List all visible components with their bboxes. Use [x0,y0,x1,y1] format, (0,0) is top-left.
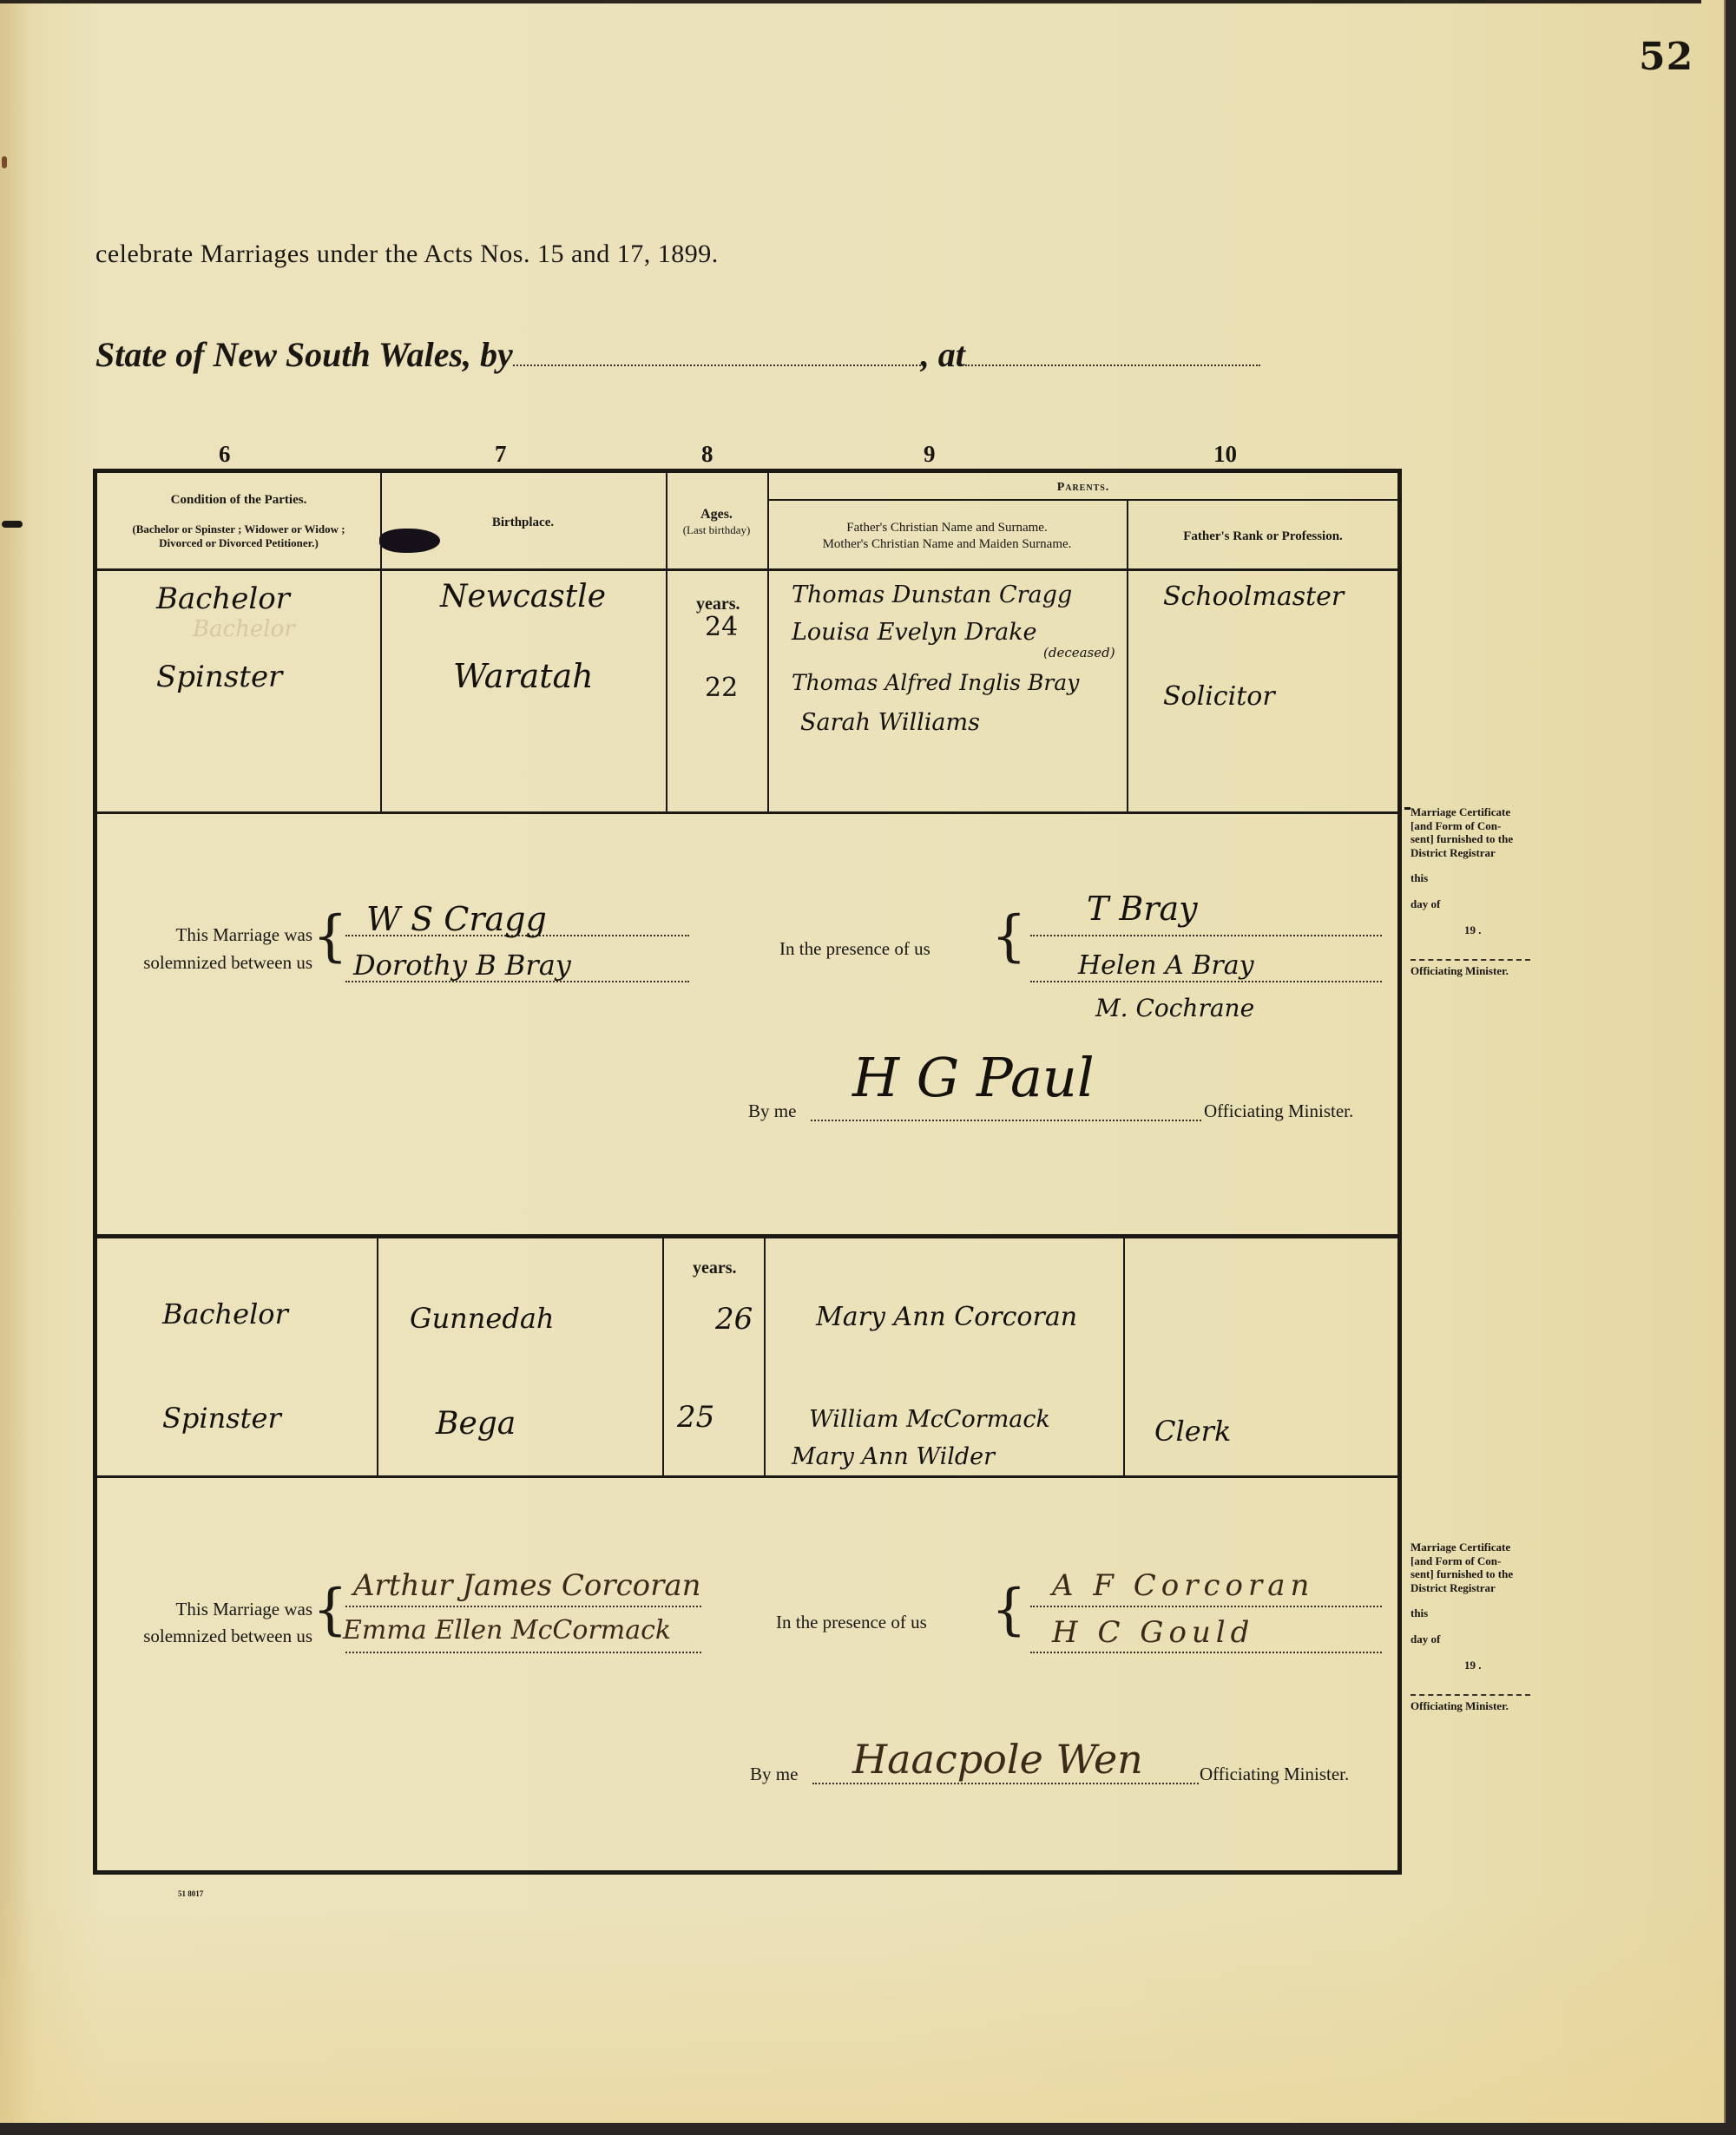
entry-2-bride-signature: Emma Ellen McCormack [343,1615,671,1646]
entry-2-solemnized-label-1: This Marriage was [97,1599,312,1620]
entry-1-solemnized-label-1: This Marriage was [97,924,312,946]
margin-note-line: District Registrar [1410,846,1549,860]
entry-2-witness-2: H C Gould [1052,1615,1254,1650]
margin-note-line: Marriage Certificate [1410,805,1549,819]
entry-2-minister-label: Officiating Minister. [1200,1764,1349,1785]
entry-1-groom-father-profession: Schoolmaster [1163,581,1344,612]
header-ages-title: Ages. [666,506,767,523]
entry-1-groom-signature: W S Cragg [366,900,547,938]
ink-blot [379,529,440,553]
entry-1-witness-line-1 [1030,935,1382,936]
page-number: 52 [1639,35,1693,79]
margin-note-line: sent] furnished to the [1410,1567,1549,1581]
scanner-bottom-edge [0,2123,1736,2135]
entry-1-party-brace: { [312,909,348,964]
marriage-register-table: Condition of the Parties. (Bachelor or S… [93,469,1402,1875]
col-divider-4b [1123,1238,1125,1475]
entry-2-data-rule [97,1475,1397,1478]
entry-2-presence-label: In the presence of us [776,1612,927,1633]
state-line-middle: , at [921,335,965,374]
entry-1-groom-father: Thomas Dunstan Cragg [792,581,1072,608]
state-line-prefix: State of New South Wales, by [95,335,513,374]
entry-2-years-label: years. [693,1258,737,1278]
entry-2-margin-note: Marriage Certificate [and Form of Con- s… [1410,1540,1549,1713]
acts-header: celebrate Marriages under the Acts Nos. … [95,240,719,269]
bleed-through-text: Bachelor [193,616,295,642]
entry-1-bride-father-profession: Solicitor [1163,681,1275,712]
entry-2-witness-1: A F Corcoran [1052,1568,1314,1603]
margin-note-minister-label: Officiating Minister. [1410,1699,1549,1713]
column-number-6: 6 [219,441,231,468]
entry-1-solemnized-label-2: solemnized between us [97,952,312,974]
entry-2-bride-father: William McCormack [809,1406,1050,1433]
entry-1-presence-label: In the presence of us [779,938,930,960]
column-number-9: 9 [924,441,936,468]
entry-1-minister-label: Officiating Minister. [1204,1100,1353,1122]
entry-2-witness-line-1 [1030,1606,1382,1607]
entry-1-witness-2: Helen A Bray [1078,950,1254,981]
entry-1-bride-condition: Spinster [156,660,282,694]
margin-note-line: [and Form of Con- [1410,819,1549,833]
header-condition-subtitle: (Bachelor or Spinster ; Widower or Widow… [97,522,380,551]
page-top-edge [0,0,1701,3]
header-mother-name: Mother's Christian Name and Maiden Surna… [767,536,1127,553]
entry-1-by-me-label: By me [748,1100,796,1122]
entry-2-bride-age: 25 [677,1400,714,1435]
margin-note-day-of: day of [1410,897,1549,911]
margin-tick [1404,807,1410,810]
entry-separator [97,1234,1397,1238]
col-divider-3b [764,1238,766,1475]
entry-2-bride-condition: Spinster [162,1402,281,1435]
entry-2-bride-birthplace: Bega [436,1406,516,1442]
form-code: 51 8017 [178,1889,203,1898]
header-parents-names: Father's Christian Name and Surname. Mot… [767,520,1127,553]
state-line: State of New South Wales, by, at [95,334,1260,375]
entry-2-party-line-2 [345,1652,701,1653]
entry-2-by-me-label: By me [750,1764,798,1785]
header-condition: Condition of the Parties. (Bachelor or S… [97,492,380,550]
entry-1-groom-birthplace: Newcastle [440,579,606,614]
entry-1-groom-condition: Bachelor [156,581,290,616]
header-rule [97,568,1397,571]
entry-2-groom-condition: Bachelor [162,1297,288,1330]
parents-rule [767,499,1397,501]
entry-1-minister-signature: H G Paul [852,1046,1095,1109]
header-ages: Ages. (Last birthday) [666,506,767,537]
margin-note-signature-line [1410,1694,1530,1696]
margin-note-line: sent] furnished to the [1410,832,1549,846]
col-divider-2b [662,1238,664,1475]
header-condition-title: Condition of the Parties. [97,492,380,509]
margin-note-year: 19 . [1410,1659,1549,1672]
column-number-10: 10 [1213,441,1237,468]
entry-1-witness-3: M. Cochrane [1095,994,1254,1022]
entry-2-witness-line-2 [1030,1652,1382,1653]
margin-note-year: 19 . [1410,923,1549,937]
margin-note-this: this [1410,1606,1549,1620]
entry-1-bride-signature: Dorothy B Bray [353,949,571,982]
entry-2-bride-father-profession: Clerk [1154,1415,1231,1448]
register-page: 52 celebrate Marriages under the Acts No… [0,0,1726,2123]
entry-1-bride-birthplace: Waratah [453,657,594,695]
entry-1-data-rule [97,811,1397,814]
entry-2-groom-mother: Mary Ann Corcoran [816,1302,1077,1332]
entry-1-bride-age: 22 [705,673,738,703]
header-father-name: Father's Christian Name and Surname. [767,520,1127,536]
at-field[interactable] [965,356,1260,366]
margin-note-day-of: day of [1410,1632,1549,1646]
entry-1-bride-mother: Sarah Williams [800,709,980,736]
header-father-profession: Father's Rank or Profession. [1127,529,1399,545]
entry-1-minister-line [811,1120,1201,1121]
col-divider-4 [1127,499,1128,811]
entry-1-groom-age: 24 [705,612,738,642]
entry-1-bride-father: Thomas Alfred Inglis Bray [792,670,1079,695]
margin-note-minister-label: Officiating Minister. [1410,964,1549,978]
entry-2-groom-birthplace: Gunnedah [410,1302,555,1335]
margin-note-signature-line [1410,959,1530,961]
entry-2-solemnized-label-2: solemnized between us [97,1626,312,1647]
entry-2-groom-signature: Arthur James Corcoran [353,1568,701,1603]
column-number-7: 7 [495,441,507,468]
margin-note-line: Marriage Certificate [1410,1540,1549,1554]
margin-note-this: this [1410,871,1549,885]
entry-2-minister-signature: Haacpole Wen [852,1736,1143,1783]
entry-1-margin-note: Marriage Certificate [and Form of Con- s… [1410,805,1549,978]
column-number-8: 8 [701,441,713,468]
entry-2-groom-age: 26 [715,1302,753,1337]
entry-1-witness-1: T Bray [1087,890,1198,928]
margin-note-line: [and Form of Con- [1410,1554,1549,1568]
header-birthplace: Birthplace. [380,515,666,531]
entry-2-minister-line [812,1783,1199,1784]
binding-marks [2,156,10,590]
margin-note-line: District Registrar [1410,1581,1549,1595]
col-divider-1b [377,1238,378,1475]
header-ages-subtitle: (Last birthday) [666,523,767,537]
by-field[interactable] [513,356,921,366]
entry-2-party-line-1 [345,1606,701,1607]
entry-2-witness-brace: { [991,1582,1027,1638]
entry-1-witness-line-2 [1030,981,1382,982]
entry-1-mother-note: (deceased) [1043,645,1115,660]
entry-1-groom-mother: Louisa Evelyn Drake [792,619,1037,646]
header-parents: Parents. [767,480,1399,496]
entry-1-witness-brace: { [991,909,1027,964]
entry-2-bride-mother: Mary Ann Wilder [792,1443,995,1470]
